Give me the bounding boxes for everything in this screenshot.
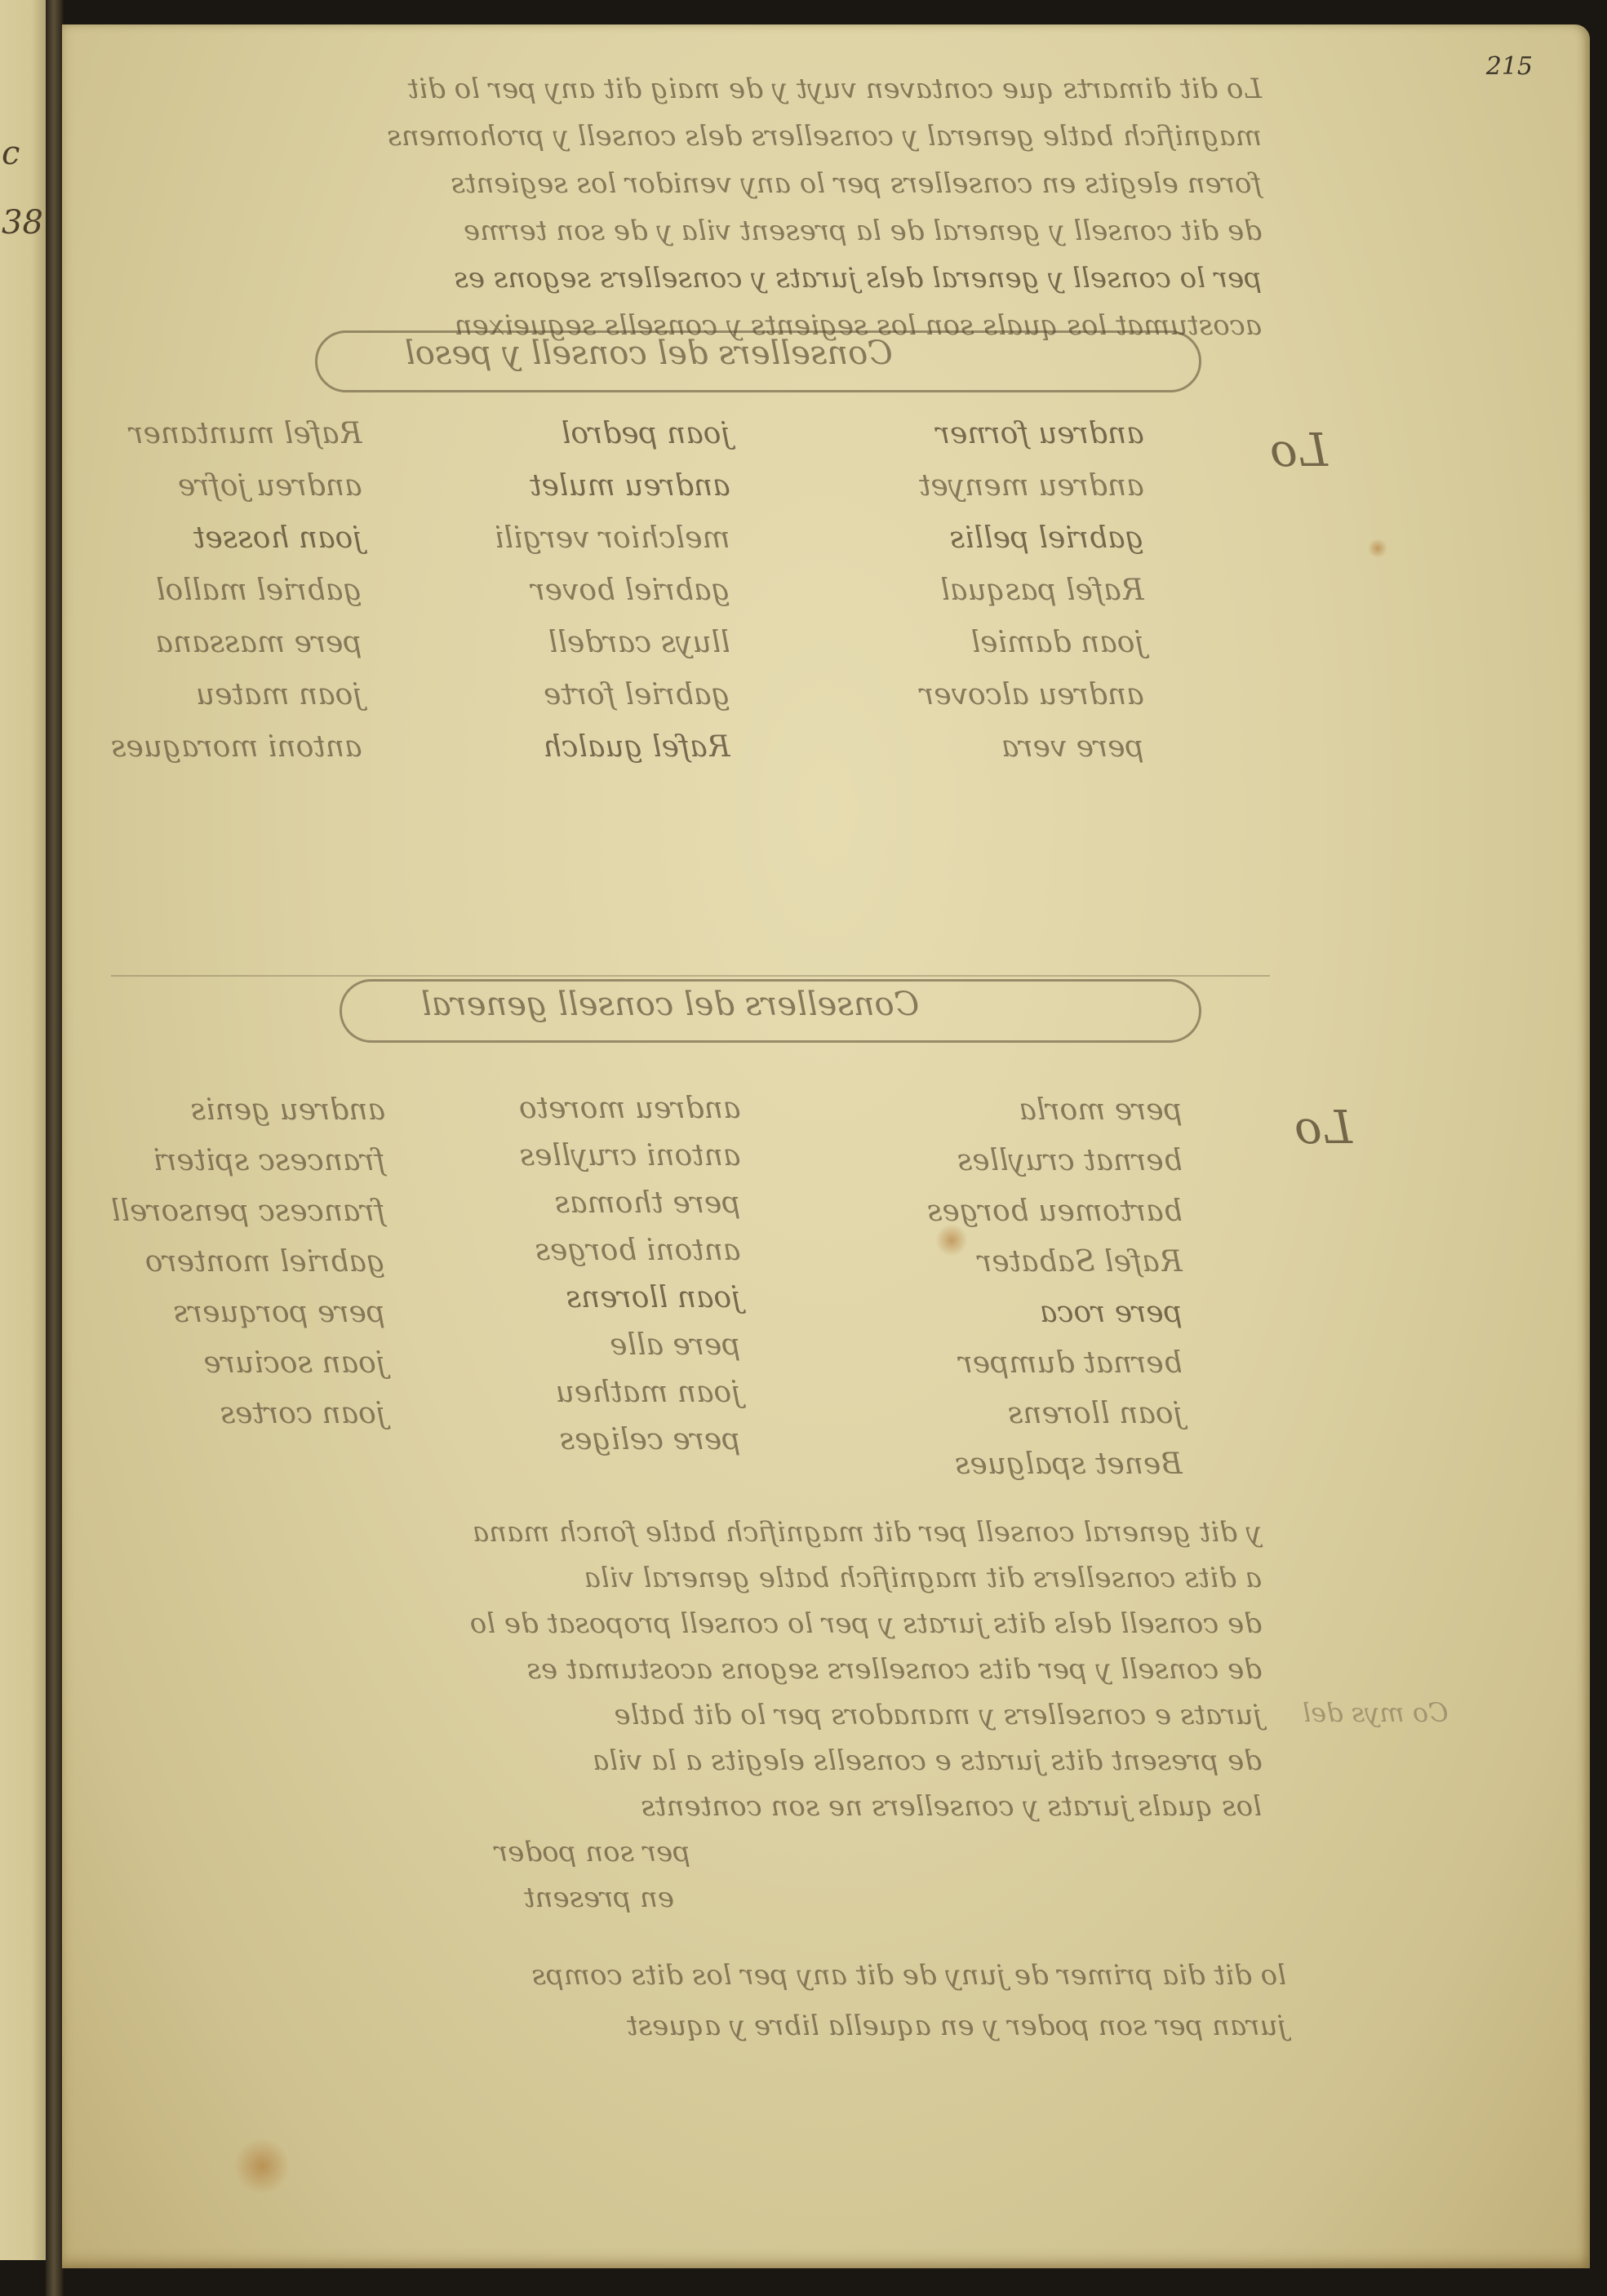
name-entry: pere massana — [111, 617, 362, 669]
name-entry: pere roca — [927, 1288, 1183, 1338]
name-entry: lluys cardell — [495, 617, 730, 669]
section1-column-3: Rafel muntaner andreu jofre joan hosset … — [111, 408, 362, 773]
name-entry: francesc spiteri — [111, 1136, 385, 1186]
section2-column-2: andreu moreto antoni cruylles pere thoma… — [519, 1085, 740, 1464]
ruled-line — [111, 975, 1270, 977]
bottom-paragraph: y dit general consell per dit magnifich … — [87, 1509, 1262, 1921]
name-entry: gabriel forte — [495, 669, 730, 721]
name-entry: francesc pensorell — [111, 1186, 385, 1237]
name-entry: joan llorens — [927, 1389, 1183, 1439]
name-entry: melchior vergili — [495, 512, 730, 565]
name-entry: pere morla — [927, 1085, 1183, 1136]
name-entry: gabriel mallol — [111, 565, 362, 617]
folio-number: 215 — [1486, 52, 1533, 81]
name-entry: pere celiges — [519, 1416, 740, 1464]
foxing-stain — [233, 2138, 291, 2195]
name-entry: Rafel muntaner — [111, 408, 362, 460]
margin-note: Co mys del — [1303, 1697, 1449, 1728]
section2-heading: Consellers del consell general — [421, 986, 919, 1023]
paragraph-line: los quals jurats y consellers ne son con… — [87, 1784, 1262, 1829]
top-paragraph: Lo dit dimarts que contaven vuyt y de ma… — [87, 65, 1262, 349]
paragraph-line: magnifich batle general y consellers del… — [87, 113, 1262, 160]
section1-heading: Consellers del consell y pesol — [405, 335, 893, 372]
name-entry: pere vera — [919, 721, 1144, 773]
section1-column-1: andreu forner andreu menyet gabriel pell… — [919, 408, 1144, 773]
paragraph-line: Lo dit dimarts que contaven vuyt y de ma… — [87, 65, 1262, 113]
paragraph-line: jurats e consellers y manadors per lo di… — [87, 1692, 1262, 1738]
name-entry: Rafel gualch — [495, 721, 730, 773]
name-entry: Rafel pasqual — [919, 565, 1144, 617]
paragraph-line: de consell y per dits consellers segons … — [87, 1647, 1262, 1692]
paragraph-line: juran per son poder y en aquella libre y… — [160, 2001, 1286, 2051]
paragraph-line: en present — [87, 1875, 1262, 1921]
name-entry: joan cortes — [111, 1389, 385, 1439]
name-entry: Benet spalgues — [927, 1439, 1183, 1490]
name-entry: gabriel bover — [495, 565, 730, 617]
paragraph-line: de dit consell y general de la present v… — [87, 207, 1262, 255]
foxing-stain — [1368, 539, 1387, 558]
name-entry: andreu jofre — [111, 460, 362, 512]
paragraph-line: per lo consell y general dels jurats y c… — [87, 255, 1262, 302]
section2-column-3: andreu genis francesc spiteri francesc p… — [111, 1085, 385, 1439]
margin-symbol: Lo — [1294, 1101, 1352, 1155]
name-entry: andreu mulet — [495, 460, 730, 512]
paragraph-line: foren elegits en consellers per lo any v… — [87, 160, 1262, 207]
paragraph-line: y dit general consell per dit magnifich … — [87, 1509, 1262, 1555]
name-entry: pere alle — [519, 1322, 740, 1369]
name-entry: bartomeu borges — [927, 1186, 1183, 1237]
name-entry: antoni borges — [519, 1227, 740, 1274]
closing-paragraph: lo dit dia primer de juny de dit any per… — [160, 1950, 1286, 2051]
name-entry: joan llorens — [519, 1274, 740, 1322]
name-entry: joan mateu — [111, 669, 362, 721]
section1-column-2: joan pedrol andreu mulet melchior vergil… — [495, 408, 730, 773]
paragraph-line: a dits consellers dit magnifich batle ge… — [87, 1555, 1262, 1601]
name-entry: joan sociure — [111, 1338, 385, 1389]
name-entry: antoni cruylles — [519, 1132, 740, 1180]
name-entry: joan damiel — [919, 617, 1144, 669]
previous-page-edge: c 38 — [0, 0, 46, 2260]
paragraph-line: de consell dels dits jurats y per lo con… — [87, 1601, 1262, 1647]
name-entry: joan matheu — [519, 1369, 740, 1416]
book-gutter — [46, 0, 64, 2296]
paragraph-line: lo dit dia primer de juny de dit any per… — [160, 1950, 1286, 2001]
name-entry: gabriel montero — [111, 1237, 385, 1288]
section2-column-1: pere morla bernat cruylles bartomeu borg… — [927, 1085, 1183, 1490]
name-entry: joan hosset — [111, 512, 362, 565]
name-entry: gabriel pellis — [919, 512, 1144, 565]
manuscript-page: 215 Lo dit dimarts que contaven vuyt y d… — [62, 24, 1590, 2268]
name-entry: joan pedrol — [495, 408, 730, 460]
margin-symbol: Lo — [1270, 424, 1328, 477]
paragraph-line: de present dits jurats e consells elegit… — [87, 1738, 1262, 1784]
paragraph-line: per son poder — [87, 1829, 1262, 1875]
name-entry: pere porquers — [111, 1288, 385, 1338]
name-entry: andreu moreto — [519, 1085, 740, 1132]
name-entry: andreu alcover — [919, 669, 1144, 721]
name-entry: andreu menyet — [919, 460, 1144, 512]
name-entry: bernat cruylles — [927, 1136, 1183, 1186]
name-entry: andreu forner — [919, 408, 1144, 460]
previous-page-fragment: c — [2, 135, 20, 172]
name-entry: pere thomas — [519, 1180, 740, 1227]
previous-page-fragment: 38 — [2, 204, 43, 242]
foxing-stain — [935, 1224, 968, 1257]
name-entry: andreu genis — [111, 1085, 385, 1136]
name-entry: antoni moragues — [111, 721, 362, 773]
name-entry: bernat dumper — [927, 1338, 1183, 1389]
